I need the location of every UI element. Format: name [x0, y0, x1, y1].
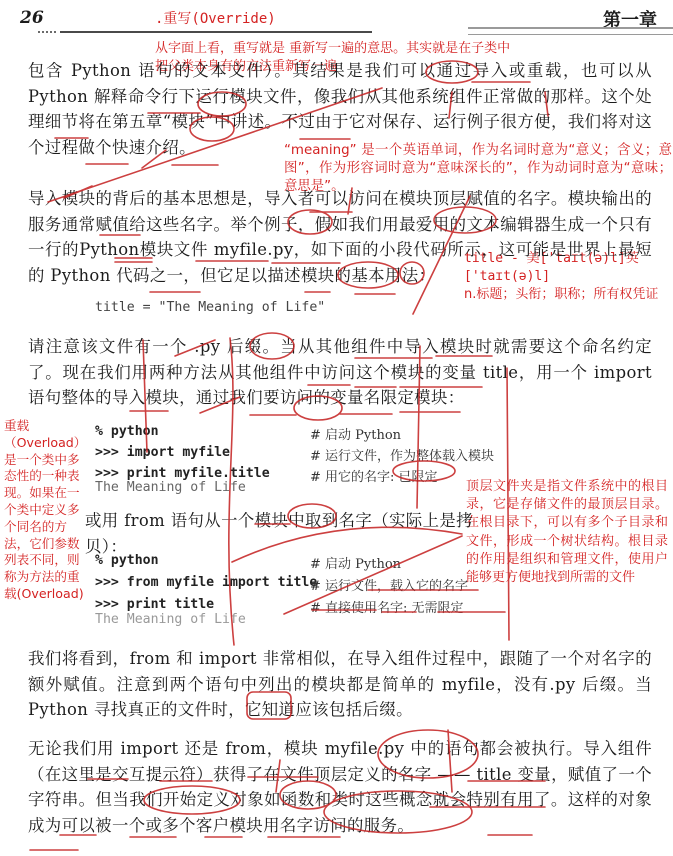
header-rule-left [60, 31, 372, 33]
code-command: >>> import myfile [95, 445, 230, 460]
header-rule-dash [38, 31, 56, 33]
code-comment: # 运行文件，作为整体载入模块 [310, 445, 494, 464]
paragraph-4: 或用 from 语句从一个模块中取到名字（实际上是拷贝）： [85, 508, 505, 559]
code-comment: # 运行文件，载入它的名字 [310, 575, 468, 594]
paragraph-5: 我们将看到，from 和 import 非常相似，在导入组件过程中，跟随了一个对… [28, 646, 652, 723]
paragraph-3: 请注意该文件有一个 .py 后缀。当从其他组件中导入模块时就需要这个命名约定了。… [28, 334, 652, 411]
paragraph-1: 包含 Python 语句的文本文件）。其结果是我们可以通过导入或重载，也可以从 … [28, 58, 652, 160]
header-override-note: .重写(Override) [155, 8, 276, 28]
paragraph-2: 导入模块的背后的基本思想是，导入者可以访问在模块顶层赋值的名字。模块输出的服务通… [28, 186, 652, 288]
code-command: % python [95, 424, 159, 439]
code-line: % python # 启动 Python [95, 424, 655, 445]
code-output: The Meaning of Life [95, 480, 246, 495]
code-line: % python # 启动 Python [95, 553, 655, 574]
scanned-book-page: 26 .重写(Override) 第一章 从字面上看，重写就是 重新写一遍的意思… [0, 0, 673, 856]
override-top-note-line1: 从字面上看，重写就是 重新写一遍的意思。其实就是在子类中 [155, 40, 585, 58]
header-rule-right [468, 27, 673, 35]
title-note-definition: n.标题；头衔；职称；所有权凭证 [464, 286, 672, 304]
paragraph-6: 无论我们用 import 还是 from，模块 myfile.py 中的语句都会… [28, 736, 652, 838]
code-command: >>> print title [95, 597, 214, 612]
code-comment: # 启动 Python [310, 553, 401, 572]
code-comment: # 用它的名字: 已限定 [310, 466, 438, 485]
code-line: >>> from myfile import title # 运行文件，载入它的… [95, 575, 655, 596]
code-command: >>> print myfile.title [95, 466, 270, 481]
code-command: >>> from myfile import title [95, 575, 317, 590]
code-line: >>> import myfile # 运行文件，作为整体载入模块 [95, 445, 655, 466]
page-number: 26 [20, 8, 44, 28]
overload-margin-note: 重载（Overload）是一个类中多态性的一种表现。如果在一个类中定义多个同名的… [4, 418, 92, 603]
code-comment: # 直接使用名字: 无需限定 [310, 597, 464, 616]
code-comment: # 启动 Python [310, 424, 401, 443]
code-output: The Meaning of Life [95, 612, 246, 627]
code-title-assignment: title = "The Meaning of Life" [95, 300, 325, 315]
code-command: % python [95, 553, 159, 568]
